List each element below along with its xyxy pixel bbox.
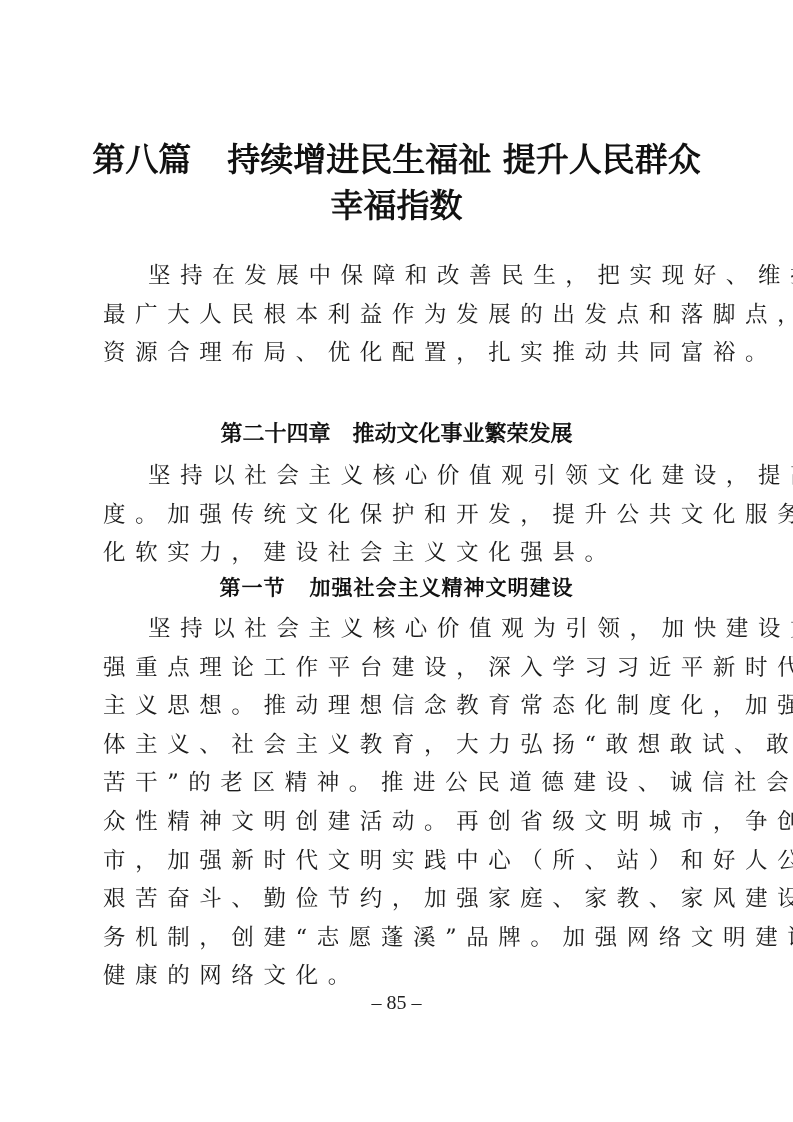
part-title-text: 持续增进民生福祉 提升人民群众 xyxy=(227,140,701,179)
paragraph-line: 坚持以社会主义核心价值观为引领，加快建设文化强县。加 xyxy=(103,610,695,649)
section-label: 第一节 xyxy=(220,575,286,600)
paragraph-line: 市，加强新时代文明实践中心（所、站）和好人公园建设。提倡 xyxy=(103,842,695,881)
paragraph-line: 众性精神文明创建活动。再创省级文明城市，争创国家级文明城 xyxy=(103,803,695,842)
document-page: 第八篇持续增进民生福祉 提升人民群众 幸福指数 坚持在发展中保障和改善民生，把实… xyxy=(0,0,793,1122)
page-number: – 85 – xyxy=(0,990,793,1016)
paragraph-line: 坚持在发展中保障和改善民生，把实现好、维护好、发展好 xyxy=(103,257,695,296)
paragraph-line: 度。加强传统文化保护和开发，提升公共文化服务水平，增强文 xyxy=(103,496,695,535)
paragraph-line: 资源合理布局、优化配置，扎实推动共同富裕。 xyxy=(103,334,695,373)
paragraph-line: 苦干”的老区精神。推进公民道德建设、诚信社会建设，开展群 xyxy=(103,764,695,803)
paragraph-line: 坚持以社会主义核心价值观引领文化建设，提高社会文明程 xyxy=(103,457,695,496)
part-title-line-2: 幸福指数 xyxy=(0,183,793,229)
intro-paragraph: 坚持在发展中保障和改善民生，把实现好、维护好、发展好 最广大人民根本利益作为发展… xyxy=(103,257,695,373)
section-paragraph: 坚持以社会主义核心价值观为引领，加快建设文化强县。加 强重点理论工作平台建设，深… xyxy=(103,610,695,996)
paragraph-line: 体主义、社会主义教育，大力弘扬“敢想敢试、敢为人先、埋头 xyxy=(103,726,695,765)
paragraph-line: 化软实力，建设社会主义文化强县。 xyxy=(103,534,695,573)
paragraph-line: 强重点理论工作平台建设，深入学习习近平新时代中国特色社会 xyxy=(103,649,695,688)
chapter-title: 推动文化事业繁荣发展 xyxy=(353,422,573,447)
paragraph-line: 主义思想。推动理想信念教育常态化制度化，加强爱国主义、集 xyxy=(103,687,695,726)
paragraph-line: 务机制，创建“志愿蓬溪”品牌。加强网络文明建设，发展积极 xyxy=(103,919,695,958)
section-title: 加强社会主义精神文明建设 xyxy=(310,575,574,600)
part-label: 第八篇 xyxy=(92,140,191,179)
chapter-heading: 第二十四章推动文化事业繁荣发展 xyxy=(0,420,793,450)
paragraph-line: 最广大人民根本利益作为发展的出发点和落脚点，推进公共服务 xyxy=(103,296,695,335)
chapter-label: 第二十四章 xyxy=(220,422,330,447)
paragraph-line: 艰苦奋斗、勤俭节约，加强家庭、家教、家风建设。创新志愿服 xyxy=(103,880,695,919)
section-heading: 第一节加强社会主义精神文明建设 xyxy=(0,573,793,603)
chapter-paragraph: 坚持以社会主义核心价值观引领文化建设，提高社会文明程 度。加强传统文化保护和开发… xyxy=(103,457,695,573)
part-title-line-1: 第八篇持续增进民生福祉 提升人民群众 xyxy=(0,137,793,183)
